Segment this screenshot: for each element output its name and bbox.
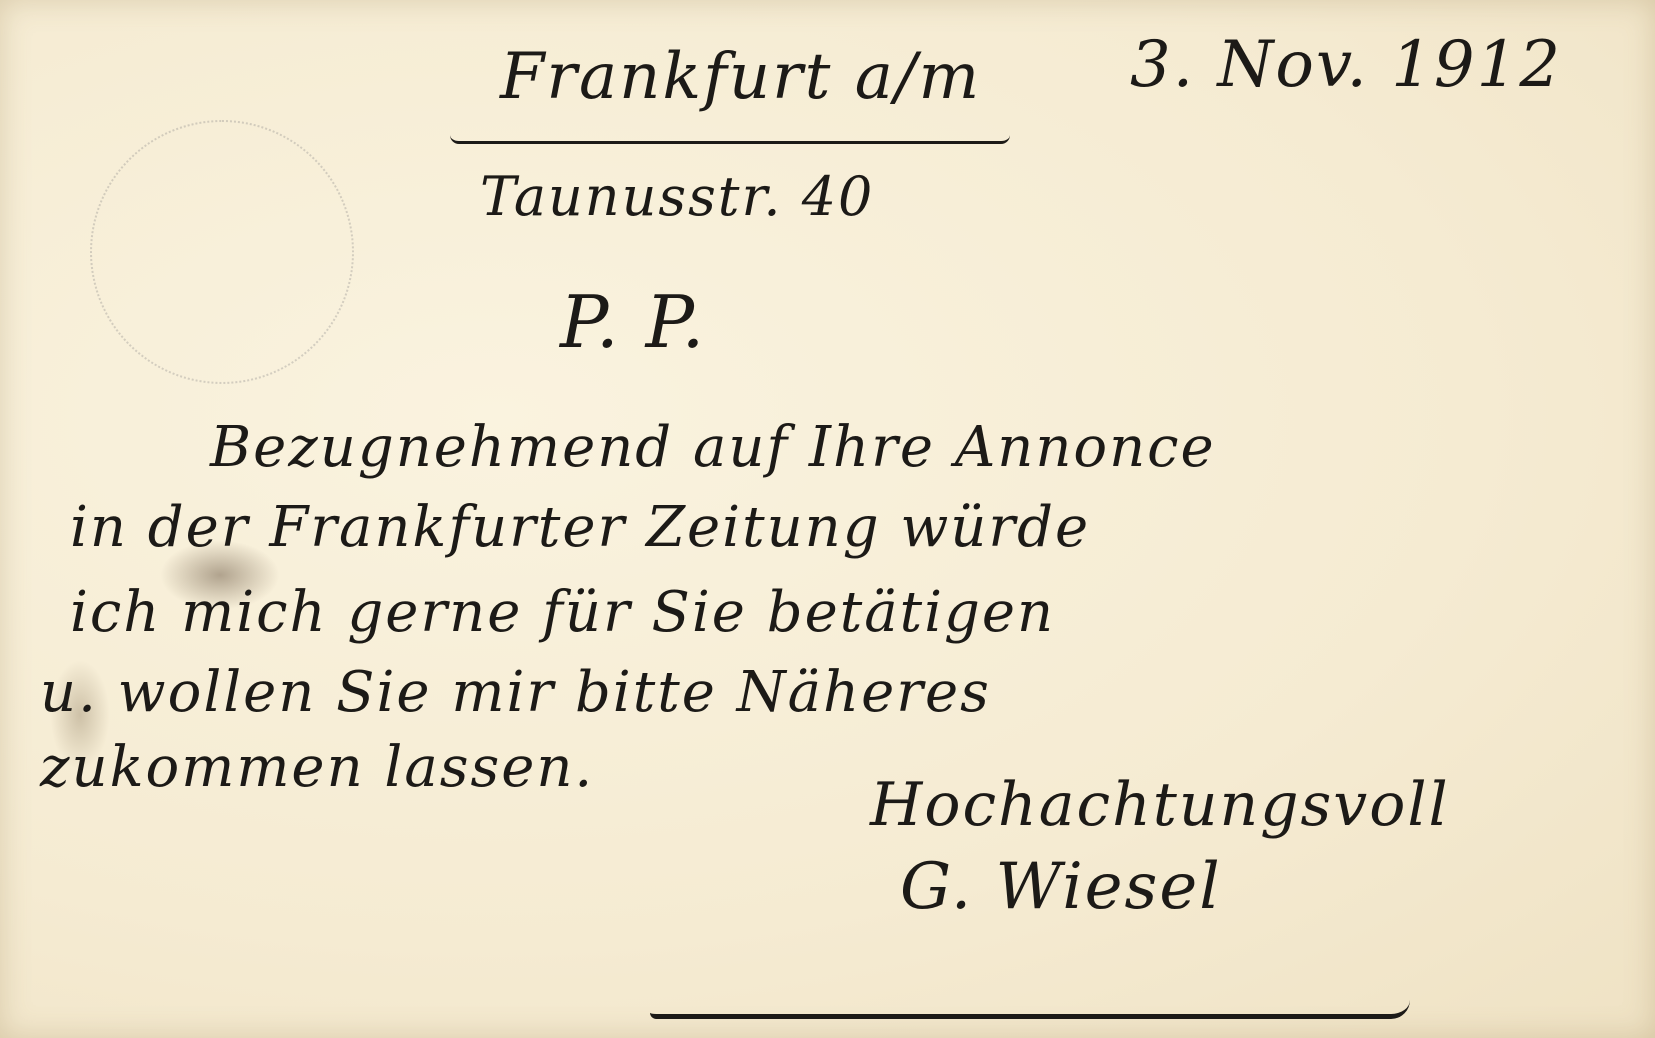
place-underline [450, 135, 1010, 144]
place-line: Frankfurt a/m [500, 40, 981, 114]
address-line: Taunusstr. 40 [480, 165, 874, 228]
body-line: ich mich gerne für Sie betätigen [70, 580, 1055, 645]
faded-postmark [90, 120, 354, 384]
signature-flourish [650, 1000, 1410, 1019]
postcard: Frankfurt a/m 3. Nov. 1912 Taunusstr. 40… [0, 0, 1655, 1038]
body-line: in der Frankfurter Zeitung würde [70, 495, 1090, 560]
date-line: 3. Nov. 1912 [1130, 28, 1562, 102]
body-line: zukommen lassen. [40, 735, 594, 800]
signature: G. Wiesel [900, 850, 1222, 924]
body-line: Bezugnehmend auf Ihre Annonce [210, 415, 1216, 480]
salutation: P. P. [560, 280, 706, 364]
closing: Hochachtungsvoll [870, 770, 1450, 840]
body-line: u. wollen Sie mir bitte Näheres [40, 660, 991, 725]
